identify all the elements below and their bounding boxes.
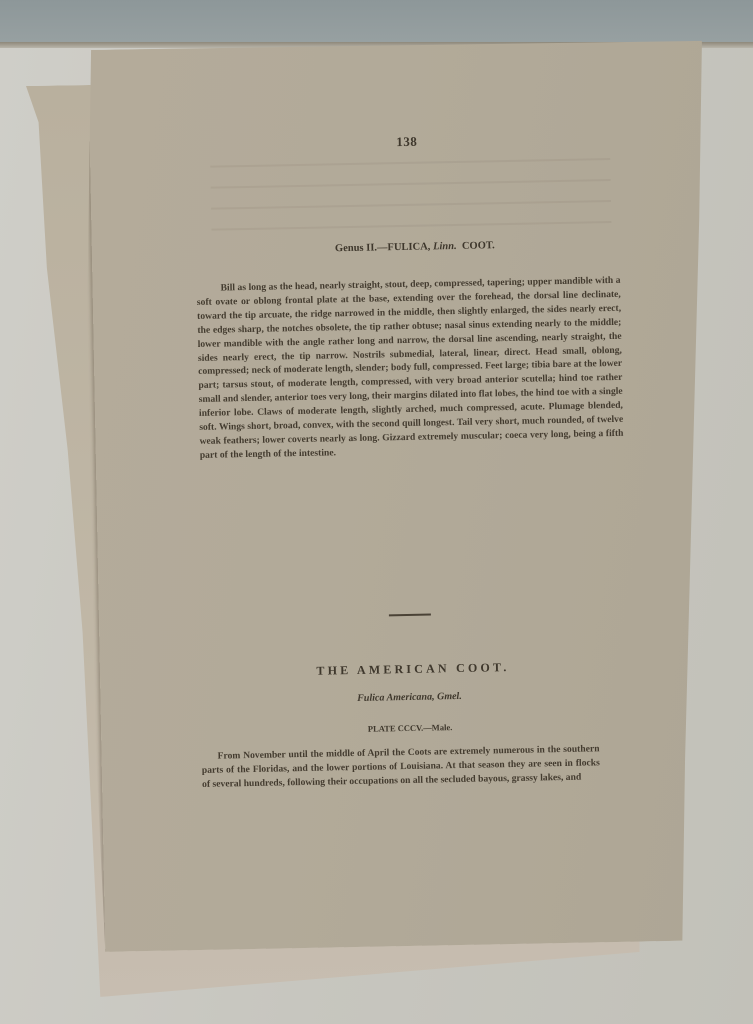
plate-reference: PLATE CCCV.—Male. bbox=[103, 717, 717, 739]
book-page: 138 Genus II.—FULICA, Linn. COOT. Bill a… bbox=[88, 38, 719, 952]
genus-common-name: COOT. bbox=[462, 240, 495, 252]
section-divider bbox=[389, 614, 431, 617]
genus-description: Bill as long as the head, nearly straigh… bbox=[196, 274, 623, 463]
species-title: THE AMERICAN COOT. bbox=[106, 656, 720, 683]
species-latin-name: Fulica Americana, Gmel. bbox=[102, 686, 716, 709]
page-number: 138 bbox=[100, 128, 714, 156]
page-content: 138 Genus II.—FULICA, Linn. COOT. Bill a… bbox=[88, 38, 719, 952]
genus-authority: Linn. bbox=[433, 241, 457, 252]
show-through-text bbox=[210, 158, 612, 250]
background-wall-top bbox=[0, 0, 753, 46]
genus-prefix: Genus II.— bbox=[335, 242, 388, 254]
genus-name: FULICA, bbox=[387, 241, 430, 253]
species-body-text: From November until the middle of April … bbox=[201, 742, 600, 792]
